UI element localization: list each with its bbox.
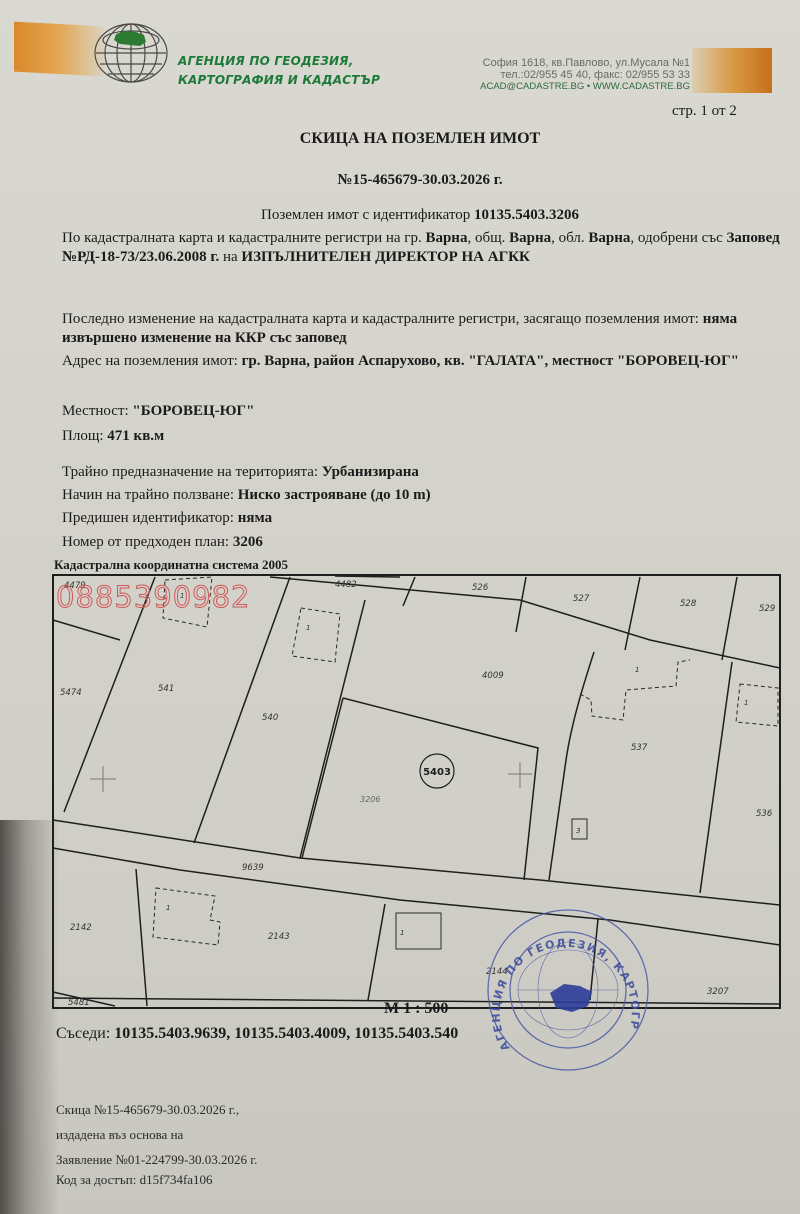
svg-text:4009: 4009 [482,671,504,681]
field-label: Номер от предходен план: [62,534,229,550]
footer-application-number: Заявление №01-224799-30.03.2026 г. [56,1152,257,1168]
field-value: няма [238,510,272,526]
para1-authority: ИЗПЪЛНИТЕЛЕН ДИРЕКТОР НА АГКК [241,249,529,265]
agency-phone-fax: тел.:02/955 45 40, факс: 02/955 53 33 [464,69,690,81]
svg-text:1: 1 [306,624,310,632]
field-value: 3206 [233,534,263,550]
document-title: СКИЦА НА ПОЗЕМЛЕН ИМОТ [0,130,800,148]
field-label: Трайно предназначение на територията: [62,464,318,480]
agency-stamp-icon: АГЕНЦИЯ ПО ГЕОДЕЗИЯ, КАРТОГРАФИЯ И КАДАС… [480,898,652,1073]
field-value: "БОРОВЕЦ-ЮГ" [132,403,254,419]
svg-text:537: 537 [631,743,648,753]
address-label: Адрес на поземления имот: [62,353,238,369]
map-coordinate-system: Кадастрална координатна система 2005 [54,557,288,573]
svg-text:527: 527 [573,594,590,604]
document-page: АГЕНЦИЯ ПО ГЕОДЕЗИЯ, КАРТОГРАФИЯ И КАДАС… [0,0,800,1214]
svg-text:3: 3 [576,827,580,835]
agency-name-line2: КАРТОГРАФИЯ И КАДАСТЪР [178,71,380,90]
last-change-paragraph: Последно изменение на кадастралната карт… [62,310,782,348]
svg-text:1: 1 [635,666,639,674]
svg-text:2143: 2143 [268,932,290,942]
globe-logo-icon [92,22,170,84]
field-value: Урбанизирана [322,464,419,480]
para1-text: По кадастралната карта и кадастралните р… [62,230,422,246]
logo-orange-bar [14,22,104,77]
para1-text: , общ. [467,230,505,246]
property-identifier-line: Поземлен имот с идентификатор 10135.5403… [0,207,800,224]
para1-region: Варна [588,230,630,246]
svg-text:4482: 4482 [335,580,357,590]
para2-text: Последно изменение на кадастралната карт… [62,311,699,327]
field-label: Местност: [62,403,129,419]
svg-text:3207: 3207 [707,987,729,997]
para1-city: Варна [425,230,467,246]
phone-watermark: 0885390982 [56,580,251,614]
field-usage: Начин на трайно ползване: Ниско застрояв… [62,487,431,504]
svg-text:1: 1 [400,929,404,937]
agency-contact: София 1618, кв.Павлово, ул.Мусала №1 тел… [464,57,690,93]
address-value: гр. Варна, район Аспарухово, кв. "ГАЛАТА… [242,353,739,369]
para1-text: на [223,249,238,265]
agency-name-line1: АГЕНЦИЯ ПО ГЕОДЕЗИЯ, [178,52,380,71]
para1-text: , обл. [551,230,585,246]
agency-web: ACAD@CADASTRE.BG • WWW.CADASTRE.BG [464,81,690,93]
field-previous-id: Предишен идентификатор: няма [62,510,272,527]
svg-text:528: 528 [680,599,697,609]
field-area: Площ: 471 кв.м [62,428,164,445]
field-purpose: Трайно предназначение на територията: Ур… [62,464,419,481]
svg-text:1: 1 [744,699,748,707]
svg-text:541: 541 [158,684,174,694]
header-orange-bar [692,48,772,93]
svg-text:540: 540 [262,713,278,723]
map-scale: М 1 : 500 [384,1000,448,1018]
svg-text:5474: 5474 [60,688,82,698]
access-code-label: Код за достъп: [56,1172,136,1187]
document-number: №15-465679-30.03.2026 г. [0,172,800,189]
svg-text:5403: 5403 [423,767,451,778]
svg-text:3206: 3206 [360,795,380,804]
para1-municipality: Варна [509,230,551,246]
access-code-value: d15f734fa106 [140,1172,213,1187]
page-indicator: стр. 1 от 2 [672,103,737,120]
svg-text:536: 536 [756,809,773,819]
neighbours-value: 10135.5403.9639, 10135.5403.4009, 10135.… [114,1025,458,1042]
photo-shadow [0,820,60,1214]
field-label: Предишен идентификатор: [62,510,234,526]
svg-text:9639: 9639 [242,863,264,873]
footer-issued-basis: издадена въз основа на [56,1127,183,1143]
field-label: Площ: [62,428,104,444]
footer-access-code: Код за достъп: d15f734fa106 [56,1172,213,1188]
field-previous-plan-number: Номер от предходен план: 3206 [62,534,263,551]
property-address: Адрес на поземления имот: гр. Варна, рай… [62,352,752,371]
agency-address: София 1618, кв.Павлово, ул.Мусала №1 [464,57,690,69]
field-locality: Местност: "БОРОВЕЦ-ЮГ" [62,403,254,420]
svg-text:526: 526 [472,583,489,593]
cadastral-map: 4479448252652752852954745415404009537536… [52,574,782,1014]
para1-text: одобрени със [638,230,723,246]
svg-text:1: 1 [166,904,170,912]
para1-text: , [630,230,634,246]
field-value: Ниско застрояване (до 10 m) [238,487,431,503]
field-value: 471 кв.м [107,428,164,444]
neighbours: Съседи: 10135.5403.9639, 10135.5403.4009… [56,1025,458,1043]
field-label: Начин на трайно ползване: [62,487,234,503]
identifier-label: Поземлен имот с идентификатор [261,207,470,223]
identifier-value: 10135.5403.3206 [474,207,579,223]
cadastral-map-paragraph: По кадастралната карта и кадастралните р… [62,229,782,267]
svg-text:2142: 2142 [70,923,92,933]
neighbours-label: Съседи: [56,1025,110,1042]
svg-text:5481: 5481 [68,998,90,1008]
footer-sketch-number: Скица №15-465679-30.03.2026 г., [56,1102,239,1118]
svg-text:529: 529 [759,604,775,614]
agency-name: АГЕНЦИЯ ПО ГЕОДЕЗИЯ, КАРТОГРАФИЯ И КАДАС… [178,52,380,90]
